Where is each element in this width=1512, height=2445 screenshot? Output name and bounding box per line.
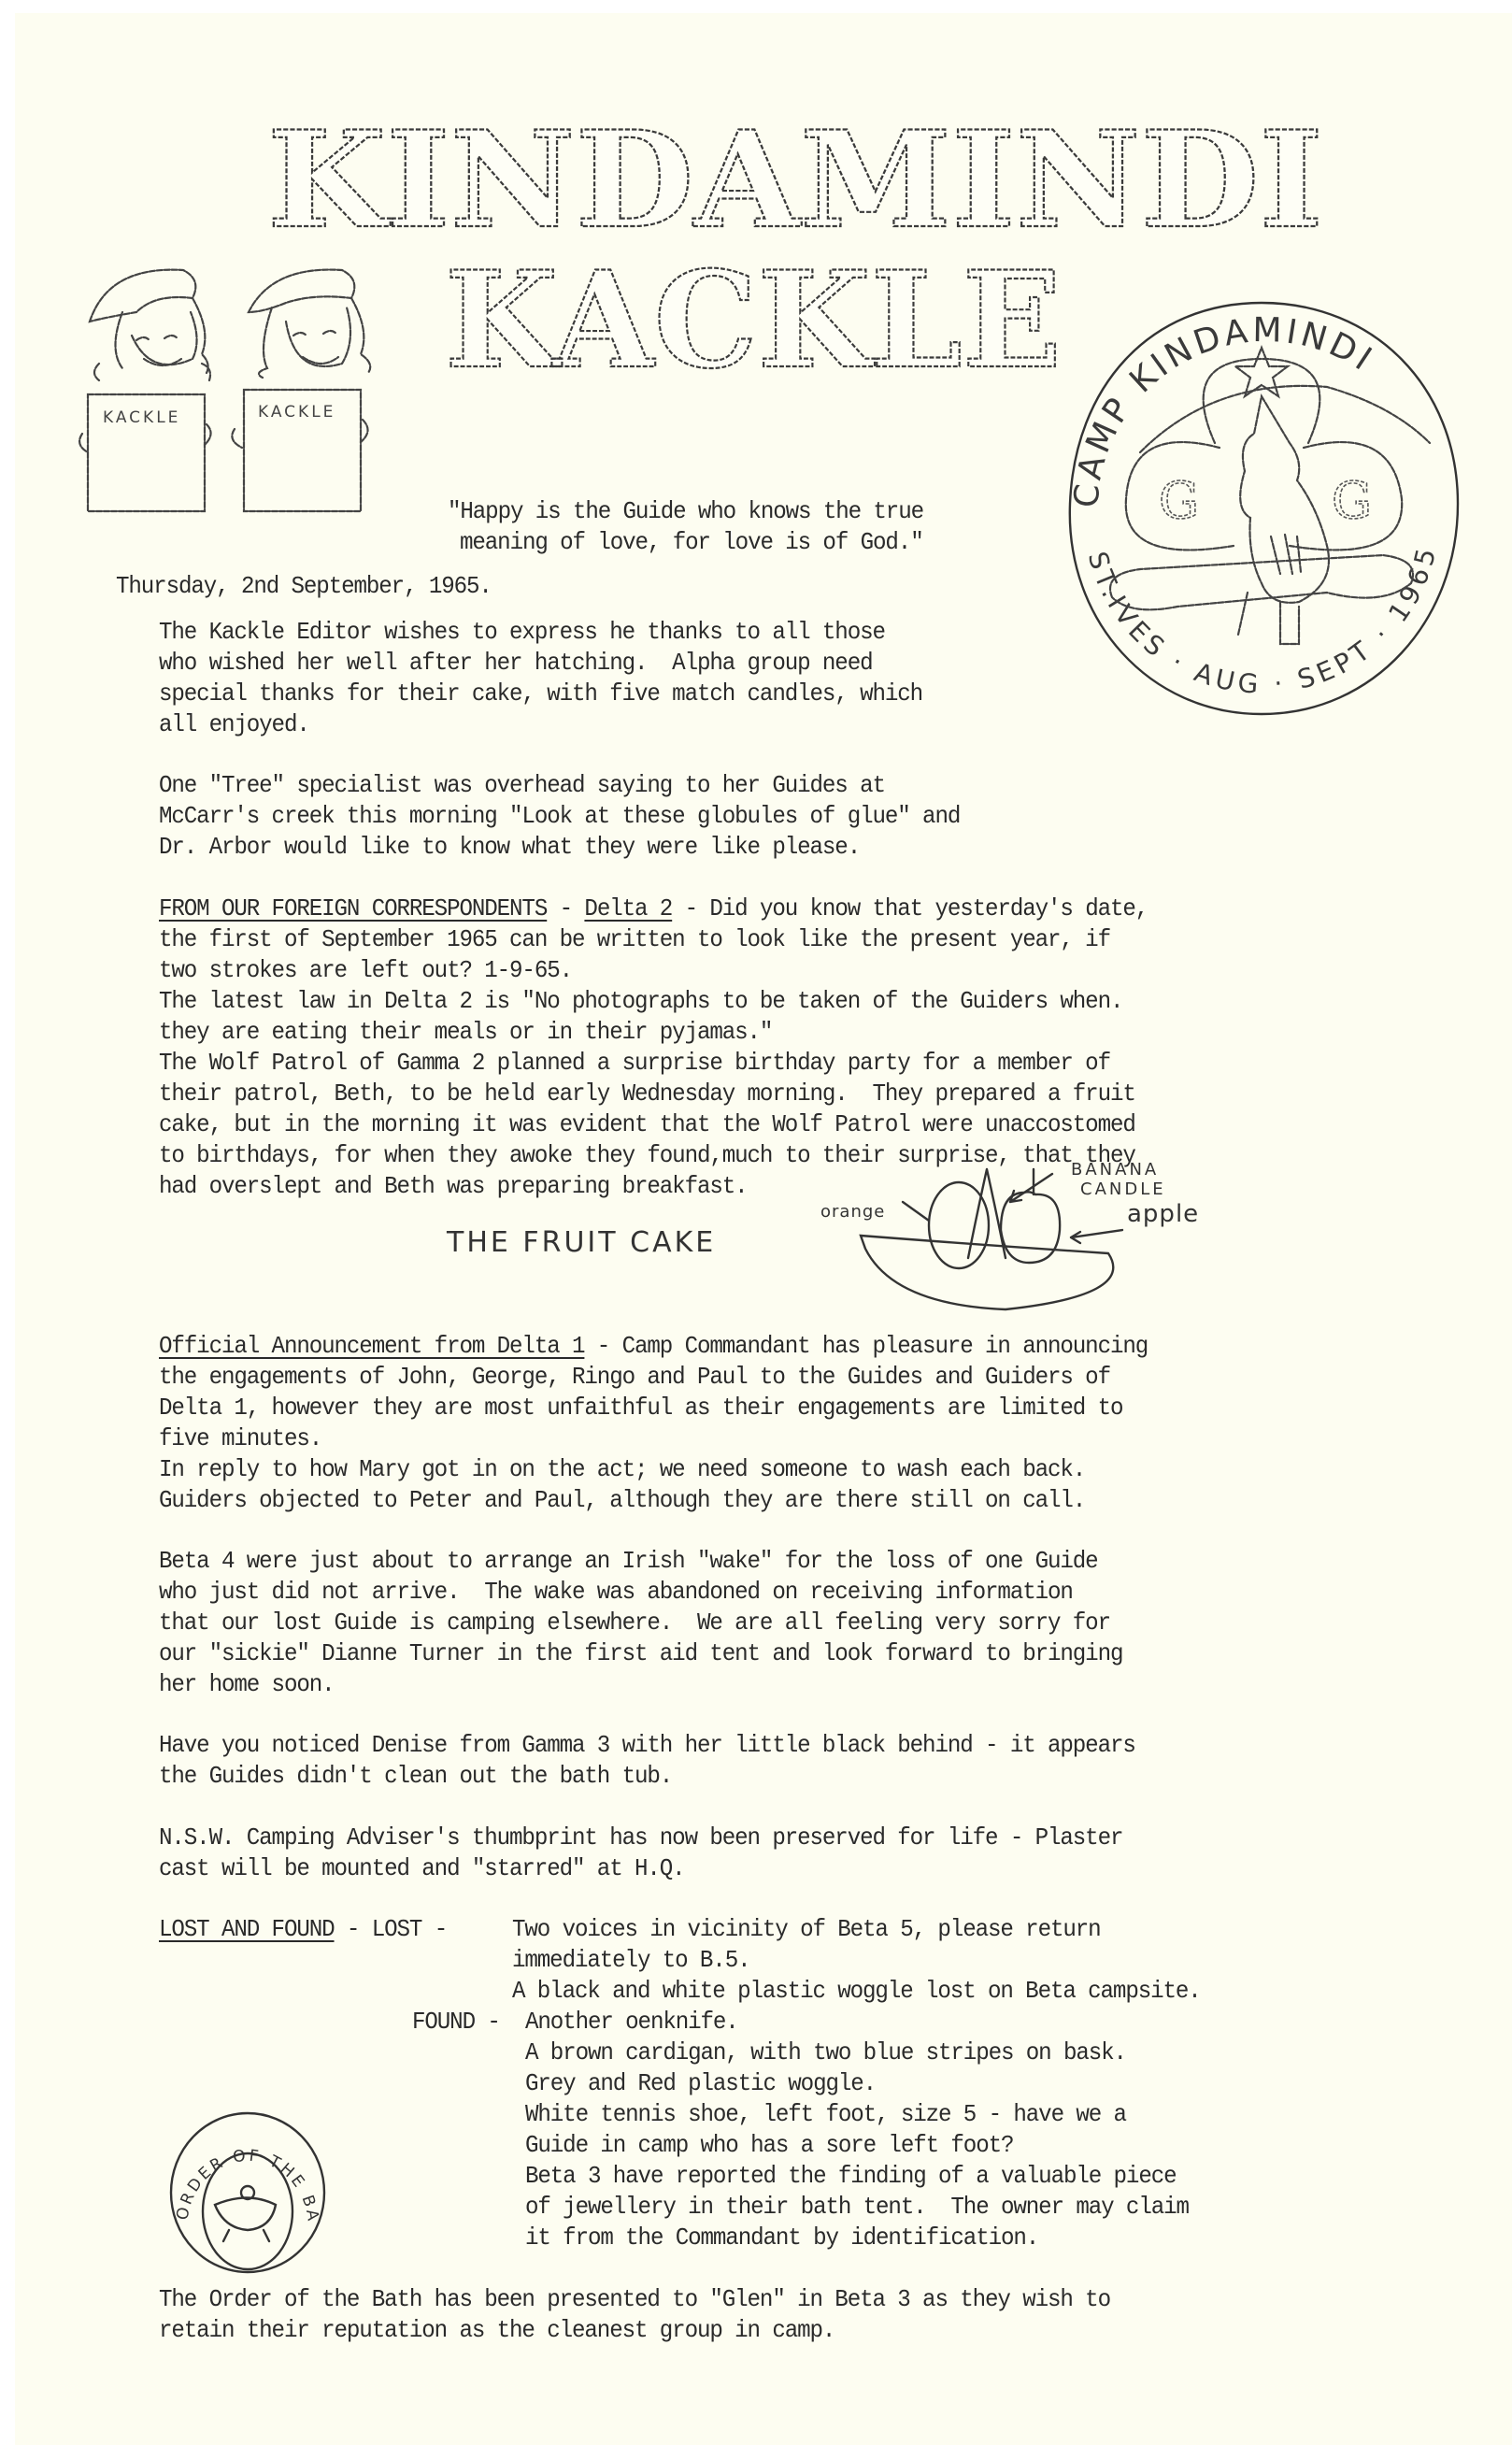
- bathtub-icon: [215, 2186, 276, 2241]
- badge-letter-g-left: G: [1159, 471, 1199, 530]
- mascot-right: KACKLE: [232, 270, 370, 511]
- text-line: who just did not arrive. The wake was ab…: [159, 1577, 1073, 1608]
- found-item: Beta 3 have reported the finding of a va…: [525, 2161, 1177, 2192]
- text-line: who wished her well after her hatching. …: [159, 648, 872, 679]
- badge-letter-g-right: G: [1332, 471, 1372, 530]
- text-line: Have you noticed Denise from Gamma 3 wit…: [159, 1730, 1135, 1761]
- lost-label: LOST: [372, 1915, 422, 1943]
- text-line: special thanks for their cake, with five…: [159, 679, 922, 709]
- masthead-title-line2: KACKLE: [445, 243, 1062, 387]
- text-line: Beta 4 were just about to arrange an Iri…: [159, 1546, 1098, 1577]
- text-line: the first of September 1965 can be writt…: [159, 924, 1110, 955]
- mascot-sign-left-label: KACKLE: [103, 408, 180, 427]
- text-line: that our lost Guide is camping elsewhere…: [159, 1608, 1110, 1638]
- text-line: The Order of the Bath has been presented…: [159, 2284, 1110, 2315]
- section-heading-foreign: FROM OUR FOREIGN CORRESPONDENTS: [159, 894, 547, 922]
- text-line: FROM OUR FOREIGN CORRESPONDENTS - Delta …: [159, 894, 1148, 924]
- text-line: FOUND -: [412, 2007, 512, 2037]
- text-line: In reply to how Mary got in on the act; …: [159, 1454, 1085, 1485]
- newsletter-page: KINDAMINDI KACKLE KACKLE KACKLE: [15, 13, 1512, 2445]
- text-line: the engagements of John, George, Ringo a…: [159, 1362, 1110, 1393]
- fruit-cake-illustration: [837, 1155, 1230, 1323]
- lost-item: immediately to B.5.: [512, 1945, 750, 1976]
- found-item: White tennis shoe, left foot, size 5 - h…: [525, 2099, 1126, 2130]
- section-heading-official: Official Announcement from Delta 1: [159, 1332, 584, 1360]
- text-line: five minutes.: [159, 1423, 321, 1454]
- text-line: The latest law in Delta 2 is "No photogr…: [159, 986, 1122, 1017]
- text-line: Guiders objected to Peter and Paul, alth…: [159, 1485, 1085, 1516]
- text-line: retain their reputation as the cleanest …: [159, 2315, 834, 2346]
- section-heading-lost-found: LOST AND FOUND: [159, 1915, 335, 1943]
- order-of-the-bath-badge: ORDER OF THE BATH: [159, 2107, 336, 2275]
- label-orange: orange: [820, 1202, 885, 1222]
- text-line: The Kackle Editor wishes to express he t…: [159, 617, 885, 648]
- orange-icon: [929, 1182, 989, 1268]
- camp-badge: CAMP KINDAMINDI ST.IVES · AUG · SEPT · 1…: [1047, 284, 1476, 733]
- lost-item: A black and white plastic woggle lost on…: [512, 1976, 1201, 2007]
- masthead-title-line1: KINDAMINDI: [267, 107, 1323, 258]
- found-item: Grey and Red plastic woggle.: [525, 2068, 876, 2099]
- text-line: Official Announcement from Delta 1 - Cam…: [159, 1331, 1148, 1362]
- text-line: cast will be mounted and "starred" at H.…: [159, 1853, 685, 1884]
- fruit-cake-caption: THE FRUIT CAKE: [447, 1226, 716, 1259]
- text-line: had overslept and Beth was preparing bre…: [159, 1171, 748, 1202]
- text-line: LOST AND FOUND - LOST -: [159, 1914, 460, 1945]
- text-line: her home soon.: [159, 1669, 335, 1700]
- found-item: A brown cardigan, with two blue stripes …: [525, 2037, 1126, 2068]
- found-item: of jewellery in their bath tent. The own…: [525, 2192, 1189, 2223]
- motto-line-2: meaning of love, for love is of God.": [460, 527, 923, 558]
- mascot-left: KACKLE: [79, 270, 210, 511]
- svg-text:ST.IVES · AUG · SEPT · 1965: ST.IVES · AUG · SEPT · 1965: [1082, 541, 1444, 700]
- subheading-delta-2: Delta 2: [584, 894, 672, 922]
- text-line: McCarr's creek this morning "Look at the…: [159, 801, 960, 832]
- separator: -: [547, 894, 584, 922]
- badge-outer-ring: [1070, 303, 1458, 714]
- text-line: cake, but in the morning it was evident …: [159, 1109, 1135, 1140]
- text-line: N.S.W. Camping Adviser's thumbprint has …: [159, 1823, 1122, 1853]
- found-item: Another oenknife.: [525, 2007, 738, 2037]
- text-line: our "sickie" Dianne Turner in the first …: [159, 1638, 1122, 1669]
- text-line: Dr. Arbor would like to know what they w…: [159, 832, 860, 863]
- label-banana: BANANA: [1071, 1160, 1159, 1180]
- badge-bottom-arc-text: ST.IVES · AUG · SEPT · 1965: [1082, 541, 1444, 700]
- text-line: the Guides didn't clean out the bath tub…: [159, 1761, 672, 1792]
- guide-mascots-illustration: KACKLE KACKLE: [71, 247, 407, 518]
- motto-line-1: "Happy is the Guide who knows the true: [448, 496, 923, 527]
- text-run: - Camp Commandant has pleasure in announ…: [584, 1332, 1148, 1360]
- text-run: - Did you know that yesterday's date,: [672, 894, 1148, 922]
- found-label: FOUND: [412, 2008, 475, 2036]
- text-line: their patrol, Beth, to be held early Wed…: [159, 1079, 1135, 1109]
- lost-item: Two voices in vicinity of Beta 5, please…: [512, 1914, 1101, 1945]
- label-candle: CANDLE: [1080, 1180, 1166, 1199]
- svg-text:ORDER OF THE BATH: ORDER OF THE BATH: [159, 2107, 322, 2223]
- mascot-sign-right-label: KACKLE: [258, 403, 335, 422]
- found-item: Guide in camp who has a sore left foot?: [525, 2130, 1013, 2161]
- bath-badge-arc-text: ORDER OF THE BATH: [159, 2107, 322, 2223]
- label-apple: apple: [1127, 1200, 1199, 1228]
- text-line: The Wolf Patrol of Gamma 2 planned a sur…: [159, 1048, 1110, 1079]
- text-line: all enjoyed.: [159, 709, 309, 740]
- text-line: they are eating their meals or in their …: [159, 1017, 772, 1048]
- text-line: One "Tree" specialist was overhead sayin…: [159, 770, 885, 801]
- dateline: Thursday, 2nd September, 1965.: [116, 571, 492, 602]
- found-item: it from the Commandant by identification…: [525, 2223, 1038, 2253]
- bowl-icon: [861, 1236, 1113, 1309]
- text-line: two strokes are left out? 1-9-65.: [159, 955, 572, 986]
- kookaburra-icon: [1238, 396, 1329, 644]
- text-line: Delta 1, however they are most unfaithfu…: [159, 1393, 1122, 1423]
